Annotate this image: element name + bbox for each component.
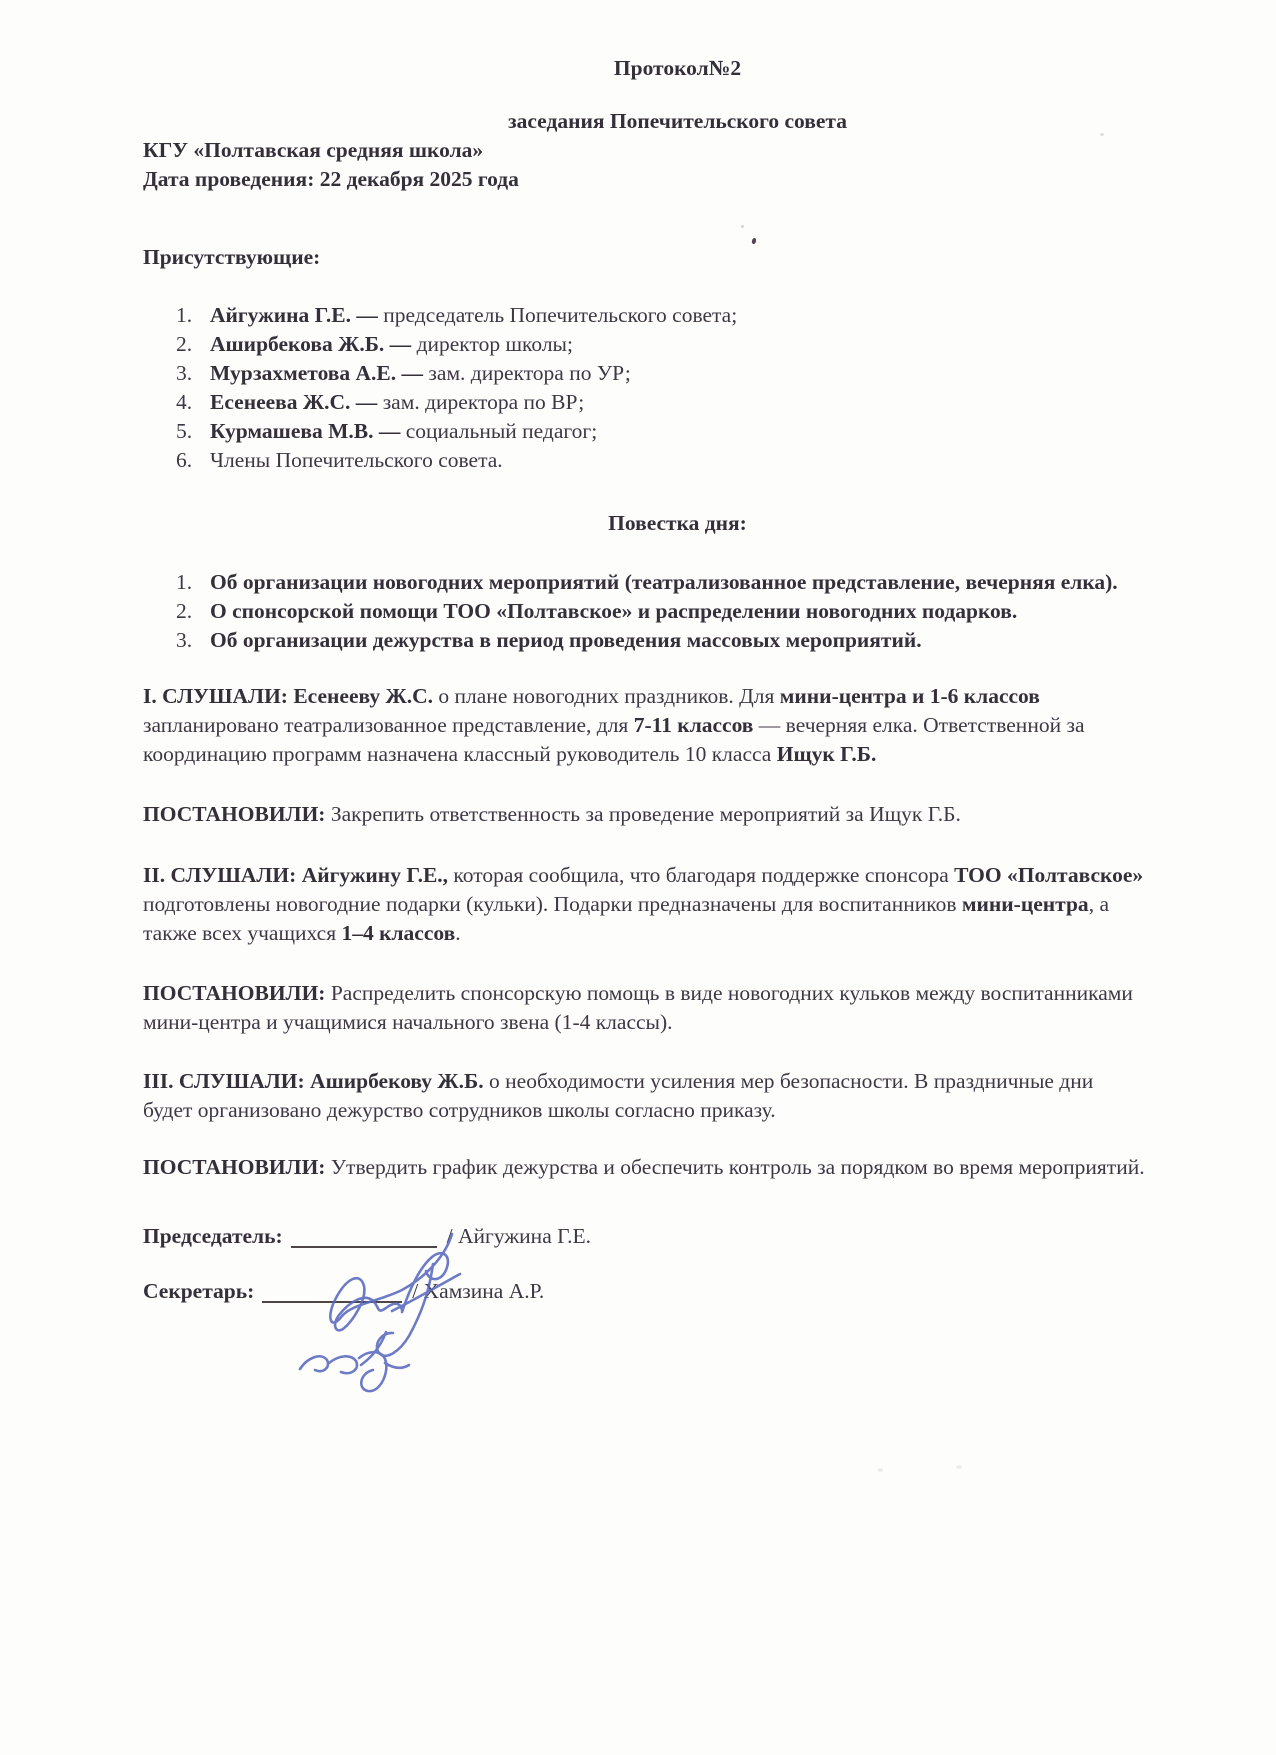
signature-name-secretary: / Хамзина А.Р. — [412, 1279, 544, 1303]
attendee-text: Мурзахметова А.Е. — зам. директора по УР… — [210, 359, 1148, 388]
list-number: 5. — [176, 417, 210, 446]
scan-speck — [1100, 133, 1104, 136]
attendee-text: Есенеева Ж.С. — зам. директора по ВР; — [210, 388, 1148, 417]
paragraph-heard-3: III. СЛУШАЛИ: Аширбекову Ж.Б. о необходи… — [143, 1067, 1148, 1125]
resolved-1-lead: ПОСТАНОВИЛИ: — [143, 802, 325, 826]
attendee-item: 6. Члены Попечительского совета. — [143, 446, 1148, 475]
list-number: 1. — [176, 301, 210, 330]
scan-speck — [956, 1465, 962, 1469]
attendee-name: Мурзахметова А.Е. — — [210, 361, 423, 385]
attendee-text: Курмашева М.В. — социальный педагог; — [210, 417, 1148, 446]
attendee-name: Курмашева М.В. — — [210, 419, 400, 443]
scan-speck — [741, 225, 744, 228]
attendee-role: социальный педагог; — [400, 419, 597, 443]
agenda-item: 1. Об организации новогодних мероприятий… — [143, 568, 1148, 597]
attendee-name: Есенеева Ж.С. — — [210, 390, 377, 414]
attendee-text: Аширбекова Ж.Б. — директор школы; — [210, 330, 1148, 359]
attendee-role: директор школы; — [411, 332, 573, 356]
paragraph-resolved-2: ПОСТАНОВИЛИ: Распределить спонсорскую по… — [143, 979, 1148, 1037]
list-number: 4. — [176, 388, 210, 417]
org-line: КГУ «Полтавская средняя школа» — [143, 136, 1148, 165]
attendee-item: 2. Аширбекова Ж.Б. — директор школы; — [143, 330, 1148, 359]
attendee-item: 5. Курмашева М.В. — социальный педагог; — [143, 417, 1148, 446]
list-number: 3. — [176, 359, 210, 388]
agenda-item-text: Об организации новогодних мероприятий (т… — [210, 568, 1148, 597]
heard-2-lead: II. СЛУШАЛИ: Айгужину Г.Е., — [143, 863, 448, 887]
doc-title: Протокол№2 — [143, 54, 1148, 83]
attendee-text: Айгужина Г.Е. — председатель Попечительс… — [210, 301, 1148, 330]
scanned-protocol-page: Протокол№2 заседания Попечительского сов… — [0, 0, 1276, 1755]
agenda-item-text: О спонсорской помощи ТОО «Полтавское» и … — [210, 597, 1148, 626]
signature-label-secretary: Секретарь: — [143, 1279, 254, 1303]
document-content: Протокол№2 заседания Попечительского сов… — [143, 54, 1148, 1306]
paragraph-resolved-1: ПОСТАНОВИЛИ: Закрепить ответственность з… — [143, 800, 1148, 829]
date-line: Дата проведения: 22 декабря 2025 года — [143, 165, 1148, 194]
attendee-role: зам. директора по ВР; — [377, 390, 584, 414]
list-number: 3. — [176, 626, 210, 655]
paragraph-heard-1: I. СЛУШАЛИ: Есенееву Ж.С. о плане нового… — [143, 682, 1148, 769]
attendees-list: 1. Айгужина Г.Е. — председатель Попечите… — [143, 301, 1148, 475]
scan-speck — [878, 1468, 883, 1472]
agenda-item: 3. Об организации дежурства в период про… — [143, 626, 1148, 655]
resolved-2-lead: ПОСТАНОВИЛИ: — [143, 981, 325, 1005]
attendee-item: 4. Есенеева Ж.С. — зам. директора по ВР; — [143, 388, 1148, 417]
list-number: 1. — [176, 568, 210, 597]
signature-scrawl-secretary — [385, 1363, 409, 1368]
signature-line-chairman — [291, 1244, 437, 1248]
heard-1-lead: I. СЛУШАЛИ: Есенееву Ж.С. — [143, 684, 433, 708]
signature-scrawl-secretary — [361, 1332, 386, 1365]
signature-line-secretary — [262, 1299, 402, 1303]
list-number: 2. — [176, 330, 210, 359]
paragraph-resolved-3: ПОСТАНОВИЛИ: Утвердить график дежурства … — [143, 1153, 1148, 1182]
attendee-text: Члены Попечительского совета. — [210, 446, 1148, 475]
attendees-heading: Присутствующие: — [143, 243, 1148, 272]
list-number: 6. — [176, 446, 210, 475]
signature-scrawl-secretary — [359, 1352, 386, 1391]
signature-scrawl-secretary — [300, 1356, 328, 1371]
agenda-list: 1. Об организации новогодних мероприятий… — [143, 568, 1148, 655]
signature-scrawl-secretary — [329, 1356, 357, 1373]
heard-3-lead: III. СЛУШАЛИ: Аширбекову Ж.Б. — [143, 1069, 484, 1093]
list-number: 2. — [176, 597, 210, 626]
signature-row-secretary: Секретарь:/ Хамзина А.Р. — [143, 1277, 1148, 1306]
signature-row-chairman: Председатель:/ Айгужина Г.Е. — [143, 1222, 1148, 1251]
attendee-role: Члены Попечительского совета. — [210, 448, 503, 472]
doc-subtitle: заседания Попечительского совета — [143, 107, 1148, 136]
attendee-item: 1. Айгужина Г.Е. — председатель Попечите… — [143, 301, 1148, 330]
agenda-heading: Повестка дня: — [143, 509, 1148, 538]
agenda-item: 2. О спонсорской помощи ТОО «Полтавское»… — [143, 597, 1148, 626]
signature-name-chairman: / Айгужина Г.Е. — [447, 1224, 591, 1248]
signature-label-chairman: Председатель: — [143, 1224, 283, 1248]
attendee-name: Айгужина Г.Е. — — [210, 303, 378, 327]
attendee-item: 3. Мурзахметова А.Е. — зам. директора по… — [143, 359, 1148, 388]
paragraph-heard-2: II. СЛУШАЛИ: Айгужину Г.Е., которая сооб… — [143, 861, 1148, 948]
attendee-name: Аширбекова Ж.Б. — — [210, 332, 411, 356]
attendee-role: председатель Попечительского совета; — [378, 303, 737, 327]
attendee-role: зам. директора по УР; — [423, 361, 631, 385]
agenda-item-text: Об организации дежурства в период провед… — [210, 626, 1148, 655]
resolved-3-lead: ПОСТАНОВИЛИ: — [143, 1155, 325, 1179]
